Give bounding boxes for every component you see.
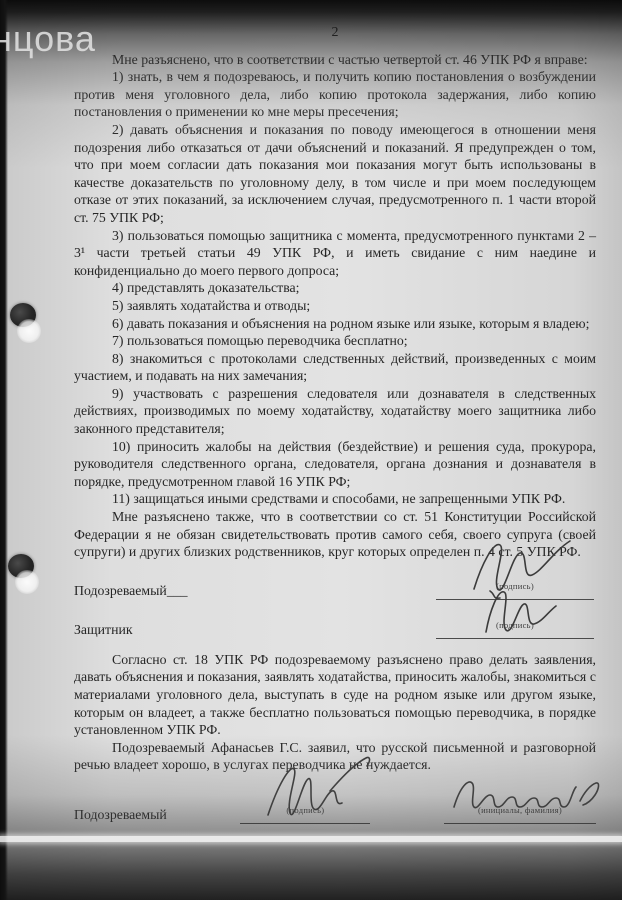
suspect-label: Подозреваемый___ <box>74 582 188 600</box>
suspect-signature-row: Подозреваемый___ (подпись) <box>74 576 596 600</box>
signature-caption: (подпись) <box>436 581 594 591</box>
hole-punch-highlight <box>17 319 41 343</box>
constitution-paragraph: Мне разъяснено также, что в соответствии… <box>74 508 596 561</box>
defender-signature-row: Защитник (подпись) <box>74 615 596 639</box>
defender-signature-line: (подпись) <box>436 618 594 639</box>
right-item-7: 7) пользоваться помощью переводчика бесп… <box>74 332 596 350</box>
right-item-3: 3) пользоваться помощью защитника с моме… <box>74 227 596 280</box>
translator-statement-paragraph: Подозреваемый Афанасьев Г.С. заявил, что… <box>74 739 596 774</box>
suspect-signature-line: (подпись) <box>436 579 594 600</box>
signature-caption: (подпись) <box>240 805 370 815</box>
right-item-6: 6) давать показания и объяснения на родн… <box>74 315 596 333</box>
hole-punch-bottom <box>4 552 50 602</box>
signature-caption: (подпись) <box>436 620 594 630</box>
document-body: 2 Мне разъяснено, что в соответствии с ч… <box>74 24 596 824</box>
paper-sheet: 2 Мне разъяснено, что в соответствии с ч… <box>0 0 622 900</box>
hole-punch-top <box>6 301 52 351</box>
bottom-initials-line: (инициалы, фамилия) <box>444 803 596 824</box>
intro-paragraph: Мне разъяснено, что в соответствии с час… <box>74 51 596 69</box>
page-number: 2 <box>74 24 596 42</box>
right-item-1: 1) знать, в чем я подозреваюсь, и получи… <box>74 68 596 121</box>
article18-paragraph: Согласно ст. 18 УПК РФ подозреваемому ра… <box>74 651 596 739</box>
right-item-5: 5) заявлять ходатайства и отводы; <box>74 297 596 315</box>
bottom-suspect-label: Подозреваемый <box>74 806 167 824</box>
right-item-8: 8) знакомиться с протоколами следственны… <box>74 350 596 385</box>
hole-punch-highlight <box>15 570 39 594</box>
scanned-document-photo: 2 Мне разъяснено, что в соответствии с ч… <box>0 0 622 900</box>
right-item-4: 4) представлять доказательства; <box>74 279 596 297</box>
bottom-signature-row: Подозреваемый (подпись) (инициалы, фамил… <box>74 796 596 824</box>
initials-caption: (инициалы, фамилия) <box>444 805 596 815</box>
right-item-2: 2) давать объяснения и показания по пово… <box>74 121 596 227</box>
right-item-9: 9) участвовать с разрешения следователя … <box>74 385 596 438</box>
bottom-signature-line: (подпись) <box>240 803 370 824</box>
right-item-11: 11) защищаться иными средствами и способ… <box>74 490 596 508</box>
right-item-10: 10) приносить жалобы на действия (бездей… <box>74 438 596 491</box>
defender-label: Защитник <box>74 621 133 639</box>
